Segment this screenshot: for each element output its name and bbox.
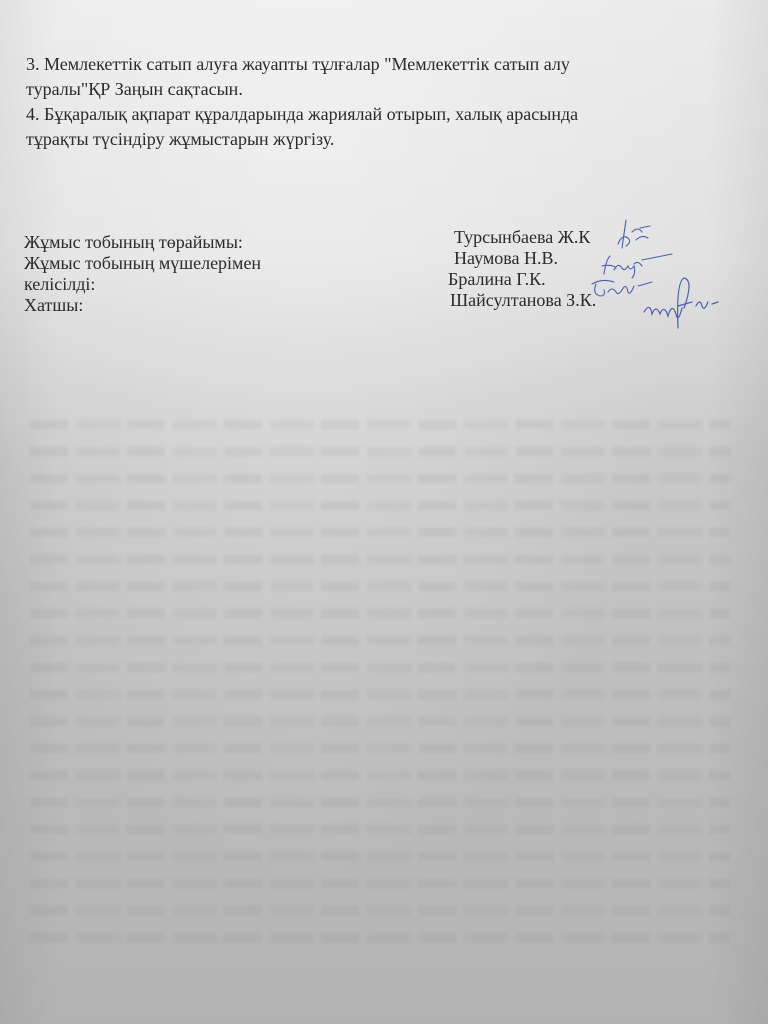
signature-roles: Жұмыс тобының төрайымы: Жұмыс тобының мү… [24, 232, 261, 316]
paragraph-line: туралы"ҚР Заңын сақтасын. [26, 77, 726, 102]
role-members: Жұмыс тобының мүшелерімен [24, 253, 261, 274]
paragraph-line: тұрақты түсіндіру жұмыстарын жүргізу. [26, 127, 726, 152]
role-secretary: Хатшы: [24, 295, 261, 316]
document-body: 3. Мемлекеттік сатып алуға жауапты тұлға… [26, 52, 726, 152]
paragraph-item-4: 4. Бұқаралық ақпарат құралдарында жариял… [26, 102, 726, 152]
paragraph-line: 3. Мемлекеттік сатып алуға жауапты тұлға… [26, 52, 726, 77]
signatory-row: Бралина Г.К. [448, 269, 594, 290]
signatory-name: Шайсултанова З.К. [450, 290, 596, 310]
signatory-row: Наумова Н.В. [454, 248, 600, 269]
paragraph-line: 4. Бұқаралық ақпарат құралдарында жариял… [26, 102, 726, 127]
signatory-row: Турсынбаева Ж.К [454, 227, 600, 248]
signatory-name: Наумова Н.В. [454, 248, 558, 268]
signatory-row: Шайсултанова З.К. [450, 290, 596, 311]
signature-names: Турсынбаева Ж.К Наумова Н.В. Бралина Г.К… [448, 227, 594, 311]
role-chairperson: Жұмыс тобының төрайымы: [24, 232, 261, 253]
signatory-name: Бралина Г.К. [448, 269, 546, 289]
role-members-agreed: келісілді: [24, 274, 261, 295]
paper-background [0, 0, 768, 1024]
paragraph-item-3: 3. Мемлекеттік сатып алуға жауапты тұлға… [26, 52, 726, 102]
reverse-side-bleed-through [30, 420, 730, 1000]
signatory-name: Турсынбаева Ж.К [454, 227, 590, 247]
signature-block: Жұмыс тобының төрайымы: Жұмыс тобының мү… [24, 232, 744, 352]
